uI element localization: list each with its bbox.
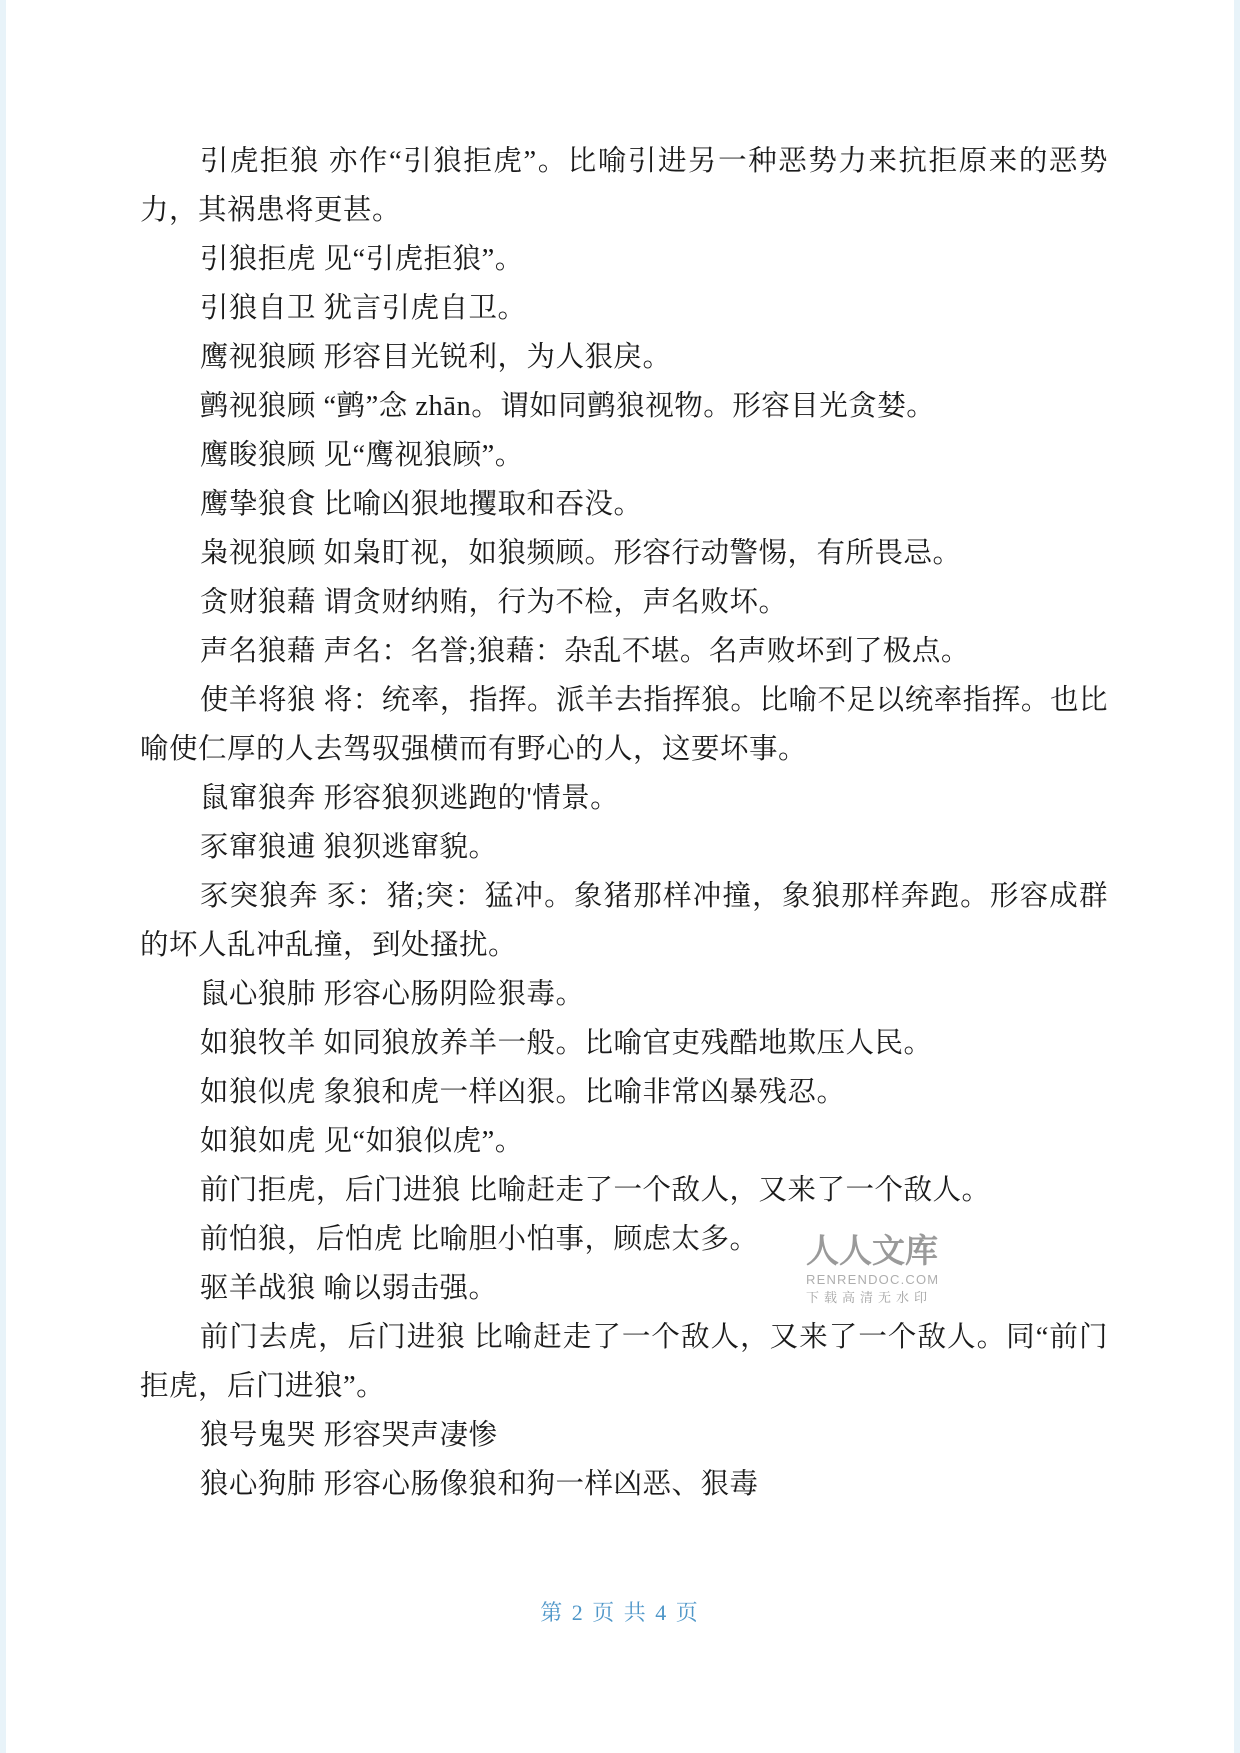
idiom-entry: 如狼牧羊 如同狼放养羊一般。比喻官吏残酷地欺压人民。	[140, 1019, 1108, 1068]
page-edge-right	[1234, 0, 1240, 1753]
idiom-entry: 前门去虎，后门进狼 比喻赶走了一个敌人，又来了一个敌人。同“前门拒虎，后门进狼”…	[140, 1313, 1108, 1411]
idiom-entry: 狼心狗肺 形容心肠像狼和狗一样凶恶、狠毒	[140, 1460, 1108, 1509]
idiom-entry: 如狼似虎 象狼和虎一样凶狠。比喻非常凶暴残忍。	[140, 1068, 1108, 1117]
watermark-domain: RENRENDOC.COM	[806, 1273, 966, 1286]
watermark: 人人文库 RENRENDOC.COM 下载高清无水印	[806, 1236, 966, 1304]
idiom-entry: 鹯视狼顾 “鹯”念 zhān。谓如同鹯狼视物。形容目光贪婪。	[140, 382, 1108, 431]
idiom-entry: 引狼拒虎 见“引虎拒狼”。	[140, 235, 1108, 284]
idiom-entry: 鹰视狼顾 形容目光锐利，为人狠戾。	[140, 333, 1108, 382]
idiom-entry: 鼠窜狼奔 形容狼狈逃跑的'情景。	[140, 774, 1108, 823]
idiom-entry: 如狼如虎 见“如狼似虎”。	[140, 1117, 1108, 1166]
idiom-entry: 声名狼藉 声名：名誉;狼藉：杂乱不堪。名声败坏到了极点。	[140, 627, 1108, 676]
idiom-entry: 豕突狼奔 豕：猪;突：猛冲。象猪那样冲撞，象狼那样奔跑。形容成群的坏人乱冲乱撞，…	[140, 872, 1108, 970]
idiom-entry: 豕窜狼逋 狼狈逃窜貌。	[140, 823, 1108, 872]
idiom-entry: 鹰睃狼顾 见“鹰视狼顾”。	[140, 431, 1108, 480]
idiom-entry: 贪财狼藉 谓贪财纳贿，行为不检，声名败坏。	[140, 578, 1108, 627]
idiom-entry: 引虎拒狼 亦作“引狼拒虎”。比喻引进另一种恶势力来抗拒原来的恶势力，其祸患将更甚…	[140, 137, 1108, 235]
watermark-logo-text: 人人文库	[806, 1236, 966, 1269]
document-page: 引虎拒狼 亦作“引狼拒虎”。比喻引进另一种恶势力来抗拒原来的恶势力，其祸患将更甚…	[0, 0, 1240, 1753]
page-number: 第 2 页 共 4 页	[0, 1596, 1240, 1627]
idiom-entry: 鼠心狼肺 形容心肠阴险狠毒。	[140, 970, 1108, 1019]
idiom-entry: 引狼自卫 犹言引虎自卫。	[140, 284, 1108, 333]
idiom-entry: 狼号鬼哭 形容哭声凄惨	[140, 1411, 1108, 1460]
page-edge-left	[0, 0, 6, 1753]
idiom-entry: 使羊将狼 将：统率，指挥。派羊去指挥狼。比喻不足以统率指挥。也比喻使仁厚的人去驾…	[140, 676, 1108, 774]
idiom-entry: 前门拒虎，后门进狼 比喻赶走了一个敌人，又来了一个敌人。	[140, 1166, 1108, 1215]
idiom-entry: 枭视狼顾 如枭盯视，如狼频顾。形容行动警惕，有所畏忌。	[140, 529, 1108, 578]
idiom-entry: 鹰挚狼食 比喻凶狠地攫取和吞没。	[140, 480, 1108, 529]
watermark-tagline: 下载高清无水印	[806, 1291, 966, 1304]
